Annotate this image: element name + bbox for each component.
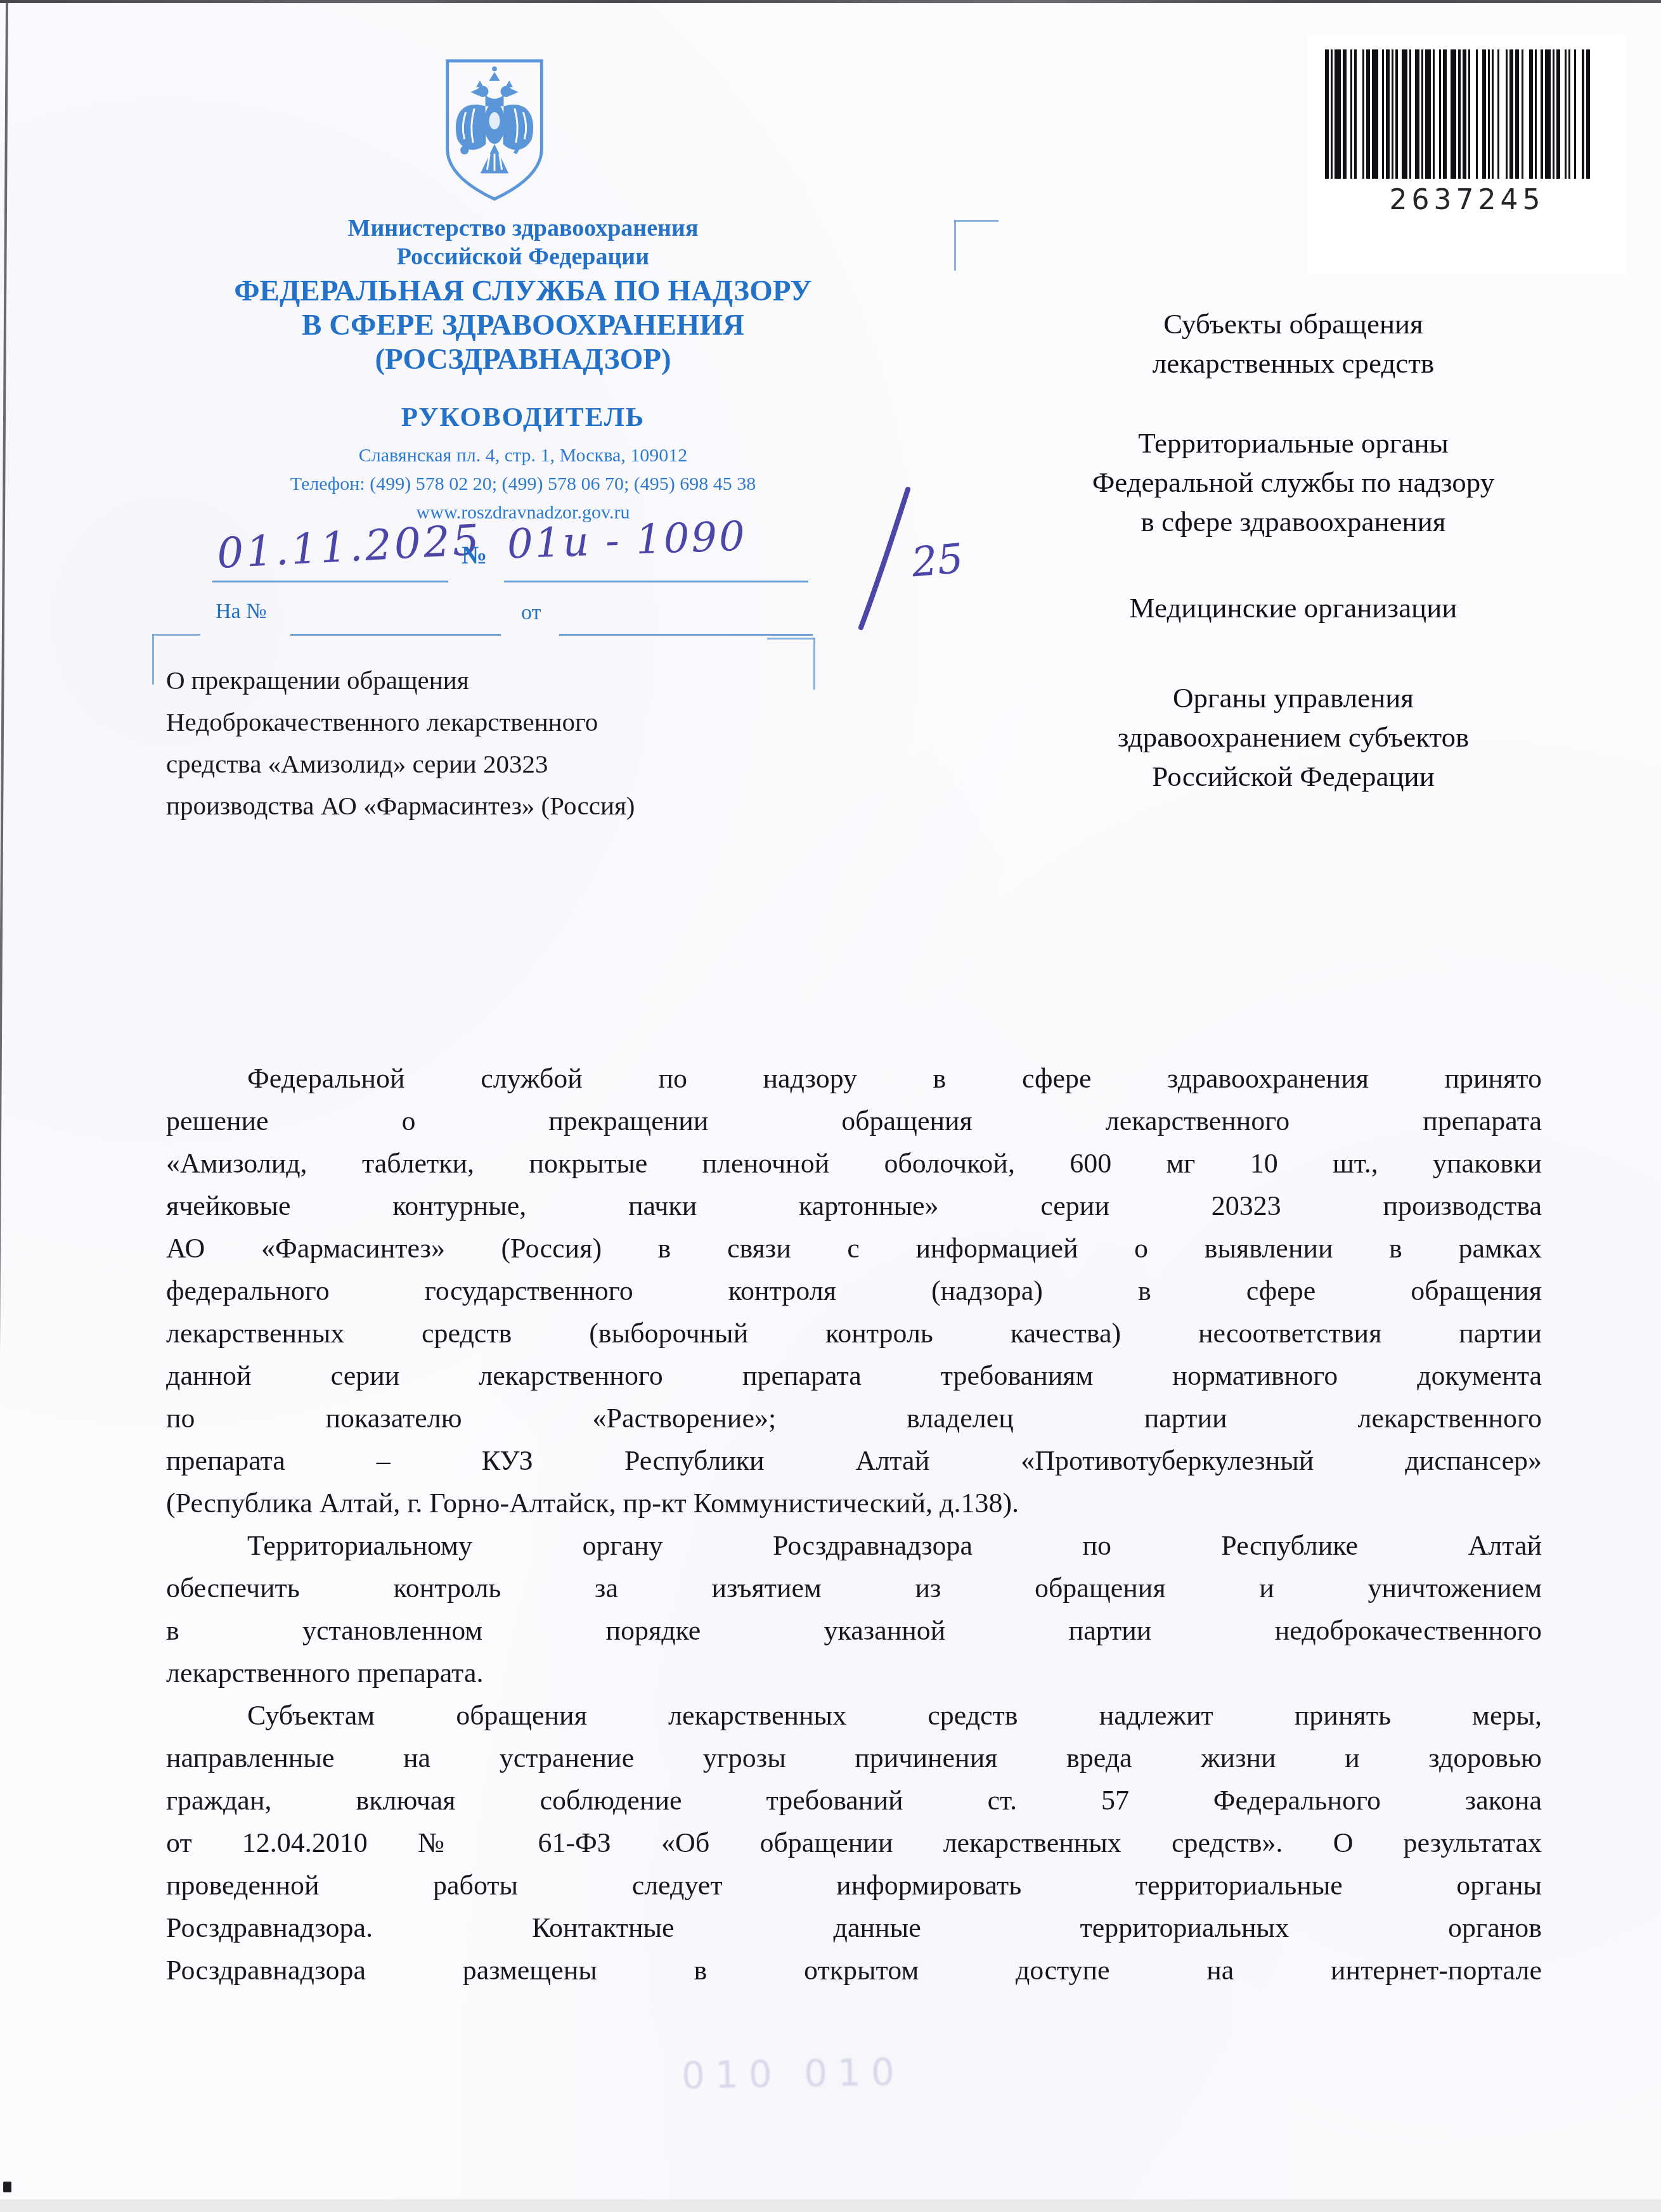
addressee-health-authorities: Органы управления здравоохранением субъе… bbox=[979, 678, 1607, 796]
corner-bracket-subject-topleft-h bbox=[152, 634, 200, 636]
paragraph-last-line: (Республика Алтай, г. Горно-Алтайск, пр-… bbox=[166, 1482, 1542, 1524]
letter-body: Федеральной службой по надзору в сфере з… bbox=[166, 1057, 1542, 1991]
scan-edge-top bbox=[0, 0, 1661, 3]
document-subject: О прекращении обращения Недоброкачествен… bbox=[166, 659, 857, 826]
paragraph-lines: Субъектам обращения лекарственных средст… bbox=[166, 1694, 1542, 1991]
corner-bracket-addressee-topleft-v bbox=[954, 220, 956, 271]
scan-edge-bottom bbox=[0, 2199, 1661, 2212]
barcode-bars bbox=[1325, 49, 1601, 179]
paragraph-lines: Территориальному органу Росздравнадзора … bbox=[166, 1524, 1542, 1652]
org-address: Славянская пл. 4, стр. 1, Москва, 109012 bbox=[171, 441, 875, 470]
position-title: РУКОВОДИТЕЛЬ bbox=[171, 402, 875, 433]
russian-coat-of-arms-icon bbox=[443, 57, 546, 204]
org-phones: Телефон: (499) 578 02 20; (499) 578 06 7… bbox=[171, 470, 875, 498]
addressee-medical-organizations: Медицинские организации bbox=[979, 588, 1607, 627]
reply-number-underline bbox=[290, 634, 501, 636]
outgoing-number-suffix-handwritten: 25 bbox=[910, 536, 966, 587]
corner-bracket-addressee-topleft-h bbox=[954, 220, 999, 222]
addressee-subjects: Субъекты обращения лекарственных средств bbox=[979, 304, 1607, 383]
body-paragraph: Субъектам обращения лекарственных средст… bbox=[166, 1694, 1542, 1991]
org-contacts: Славянская пл. 4, стр. 1, Москва, 109012… bbox=[171, 441, 875, 527]
reply-number-label: На № bbox=[216, 600, 267, 624]
corner-bracket-subject-topright-h bbox=[767, 638, 815, 640]
service-name: ФЕДЕРАЛЬНАЯ СЛУЖБА ПО НАДЗОРУ В СФЕРЕ ЗД… bbox=[171, 274, 875, 376]
reply-date-label: от bbox=[521, 601, 541, 625]
corner-bracket-subject-topleft-v bbox=[152, 634, 154, 685]
outgoing-number-handwritten: 01и - 1090 bbox=[507, 513, 747, 568]
paragraph-lines: Федеральной службой по надзору в сфере з… bbox=[166, 1057, 1542, 1482]
number-underline bbox=[504, 581, 808, 582]
body-paragraph: Федеральной службой по надзору в сфере з… bbox=[166, 1057, 1542, 1524]
faint-scan-stamp: 010 010 bbox=[681, 2050, 905, 2097]
body-paragraph: Территориальному органу Росздравнадзора … bbox=[166, 1524, 1542, 1694]
scan-edge-left bbox=[0, 3, 8, 2189]
paragraph-last-line: лекарственного препарата. bbox=[166, 1652, 1542, 1694]
ink-slash-stroke bbox=[850, 482, 919, 634]
ministry-name: Министерство здравоохранения Российской … bbox=[171, 214, 875, 271]
addressee-territorial-bodies: Территориальные органы Федеральной служб… bbox=[979, 423, 1607, 541]
barcode: 2637245 bbox=[1307, 35, 1627, 274]
date-underline bbox=[212, 581, 448, 582]
scan-edge-dot bbox=[3, 2182, 11, 2192]
number-sign: № bbox=[462, 540, 487, 570]
barcode-number: 2637245 bbox=[1307, 184, 1627, 216]
reply-date-underline bbox=[559, 634, 813, 636]
